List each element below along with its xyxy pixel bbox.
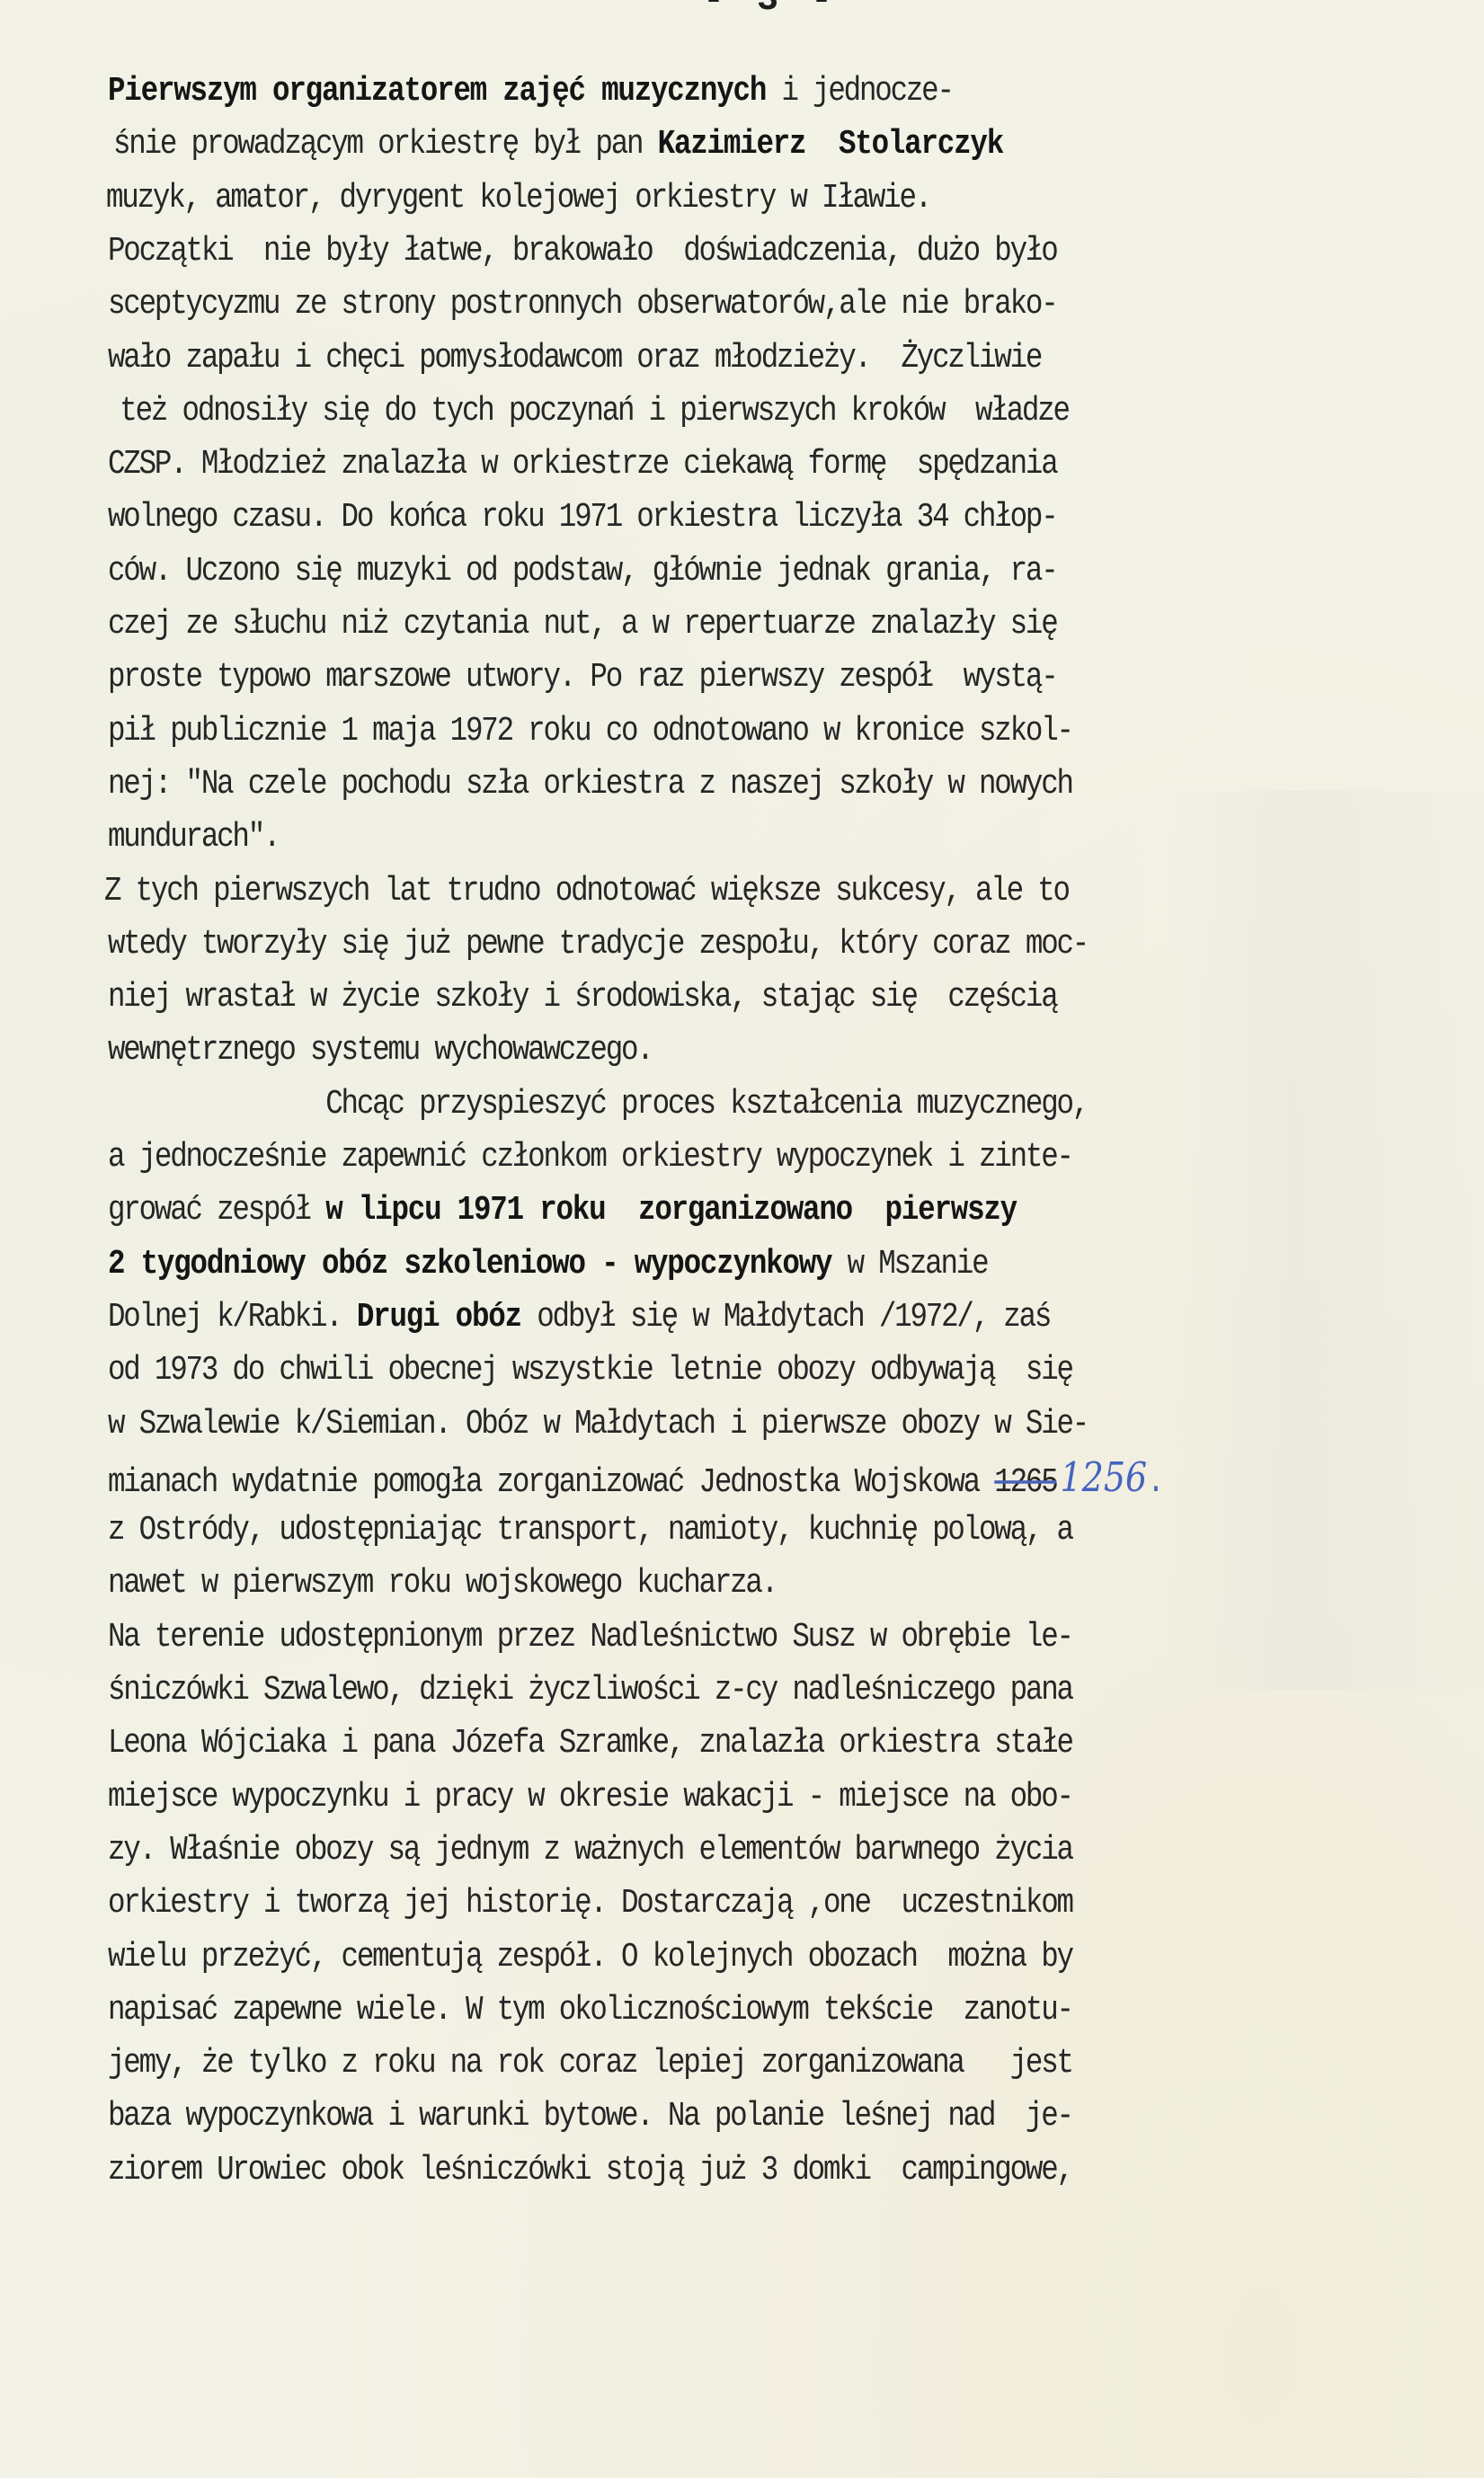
text-run: wało zapału i chęci pomysłodawcom oraz m…: [108, 338, 1041, 377]
text-line: śniczówki Szwalewo, dzięki życzliwości z…: [108, 1669, 1072, 1711]
text-run: mianach wydatnie pomogła zorganizować Je…: [108, 1462, 994, 1502]
text-run: proste typowo marszowe utwory. Po raz pi…: [108, 657, 1057, 697]
text-run: Leona Wójciaka i pana Józefa Szramke, zn…: [108, 1723, 1072, 1763]
text-run: wewnętrznego systemu wychowawczego.: [108, 1031, 653, 1070]
text-run: śnie prowadzącym orkiestrę był pan: [113, 124, 658, 164]
text-line: CZSP. Młodzież znalazła w orkiestrze cie…: [108, 443, 1057, 485]
text-line: Pierwszym organizatorem zajęć muzycznych…: [108, 70, 953, 112]
text-run: grować zespół: [108, 1190, 325, 1230]
text-line: wielu przeżyć, cementują zespół. O kolej…: [108, 1936, 1072, 1978]
bold-text: w lipcu 1971 roku zorganizowano pierwszy: [325, 1190, 1017, 1230]
text-run: jemy, że tylko z roku na rok coraz lepie…: [108, 2043, 1072, 2083]
text-line: grować zespół w lipcu 1971 roku zorganiz…: [108, 1189, 1017, 1231]
text-run: niej wrastał w życie szkoły i środowiska…: [108, 977, 1057, 1017]
text-run: wielu przeżyć, cementują zespół. O kolej…: [108, 1937, 1072, 1976]
text-line: 2 tygodniowy obóz szkoleniowo - wypoczyn…: [108, 1243, 987, 1285]
text-line: też odnosiły się do tych poczynań i pier…: [104, 390, 1069, 432]
text-line: nawet w pierwszym roku wojskowego kuchar…: [108, 1562, 777, 1604]
bold-text: 2 tygodniowy obóz szkoleniowo - wypoczyn…: [108, 1244, 831, 1283]
text-run: Chcąc przyspieszyć proces kształcenia mu…: [108, 1084, 1088, 1124]
text-run: od 1973 do chwili obecnej wszystkie letn…: [108, 1350, 1072, 1390]
text-line: wtedy tworzyły się już pewne tradycje ze…: [108, 923, 1088, 965]
text-run: sceptycyzmu ze strony postronnych obserw…: [108, 284, 1057, 324]
text-line: proste typowo marszowe utwory. Po raz pi…: [108, 656, 1057, 698]
text-line: wało zapału i chęci pomysłodawcom oraz m…: [108, 337, 1041, 379]
handwritten-period: .: [1147, 1462, 1162, 1502]
text-line: mianach wydatnie pomogła zorganizować Je…: [108, 1456, 1163, 1504]
text-run: a jednocześnie zapewnić członkom orkiest…: [108, 1137, 1072, 1177]
text-run: i jednocze-: [766, 71, 953, 111]
text-run: śniczówki Szwalewo, dzięki życzliwości z…: [108, 1670, 1072, 1710]
page-number: - 3 -: [703, 0, 838, 21]
handwritten-correction: 1256: [1061, 1453, 1148, 1500]
bold-text: Kazimierz Stolarczyk: [658, 124, 1003, 164]
text-line: ców. Uczono się muzyki od podstaw, główn…: [108, 550, 1057, 592]
text-line: pił publicznie 1 maja 1972 roku co odnot…: [108, 710, 1072, 752]
struck-out-number: 1265: [994, 1462, 1056, 1502]
text-run: Początki nie były łatwe, brakowało doświ…: [108, 231, 1057, 271]
text-run: pił publicznie 1 maja 1972 roku co odnot…: [108, 711, 1072, 751]
text-line: od 1973 do chwili obecnej wszystkie letn…: [108, 1349, 1072, 1391]
text-run: czej ze słuchu niż czytania nut, a w rep…: [108, 604, 1057, 644]
text-line: Leona Wójciaka i pana Józefa Szramke, zn…: [108, 1722, 1072, 1764]
text-line: jemy, że tylko z roku na rok coraz lepie…: [108, 2042, 1072, 2084]
text-line: z Ostródy, udostępniając transport, nami…: [108, 1509, 1072, 1551]
text-line: sceptycyzmu ze strony postronnych obserw…: [108, 283, 1057, 325]
text-line: a jednocześnie zapewnić członkom orkiest…: [108, 1136, 1072, 1178]
text-line: miejsce wypoczynku i pracy w okresie wak…: [108, 1776, 1072, 1818]
text-line: mundurach".: [108, 816, 279, 858]
document-page: - 3 - Pierwszym organizatorem zajęć muzy…: [0, 0, 1484, 2478]
text-line: Na terenie udostępnionym przez Nadleśnic…: [108, 1616, 1072, 1658]
text-line: muzyk, amator, dyrygent kolejowej orkies…: [106, 177, 930, 219]
text-run: mundurach".: [108, 817, 279, 857]
text-line: niej wrastał w życie szkoły i środowiska…: [108, 976, 1057, 1018]
text-run: odbył się w Małdytach /1972/, zaś: [521, 1297, 1050, 1337]
text-run: baza wypoczynkowa i warunki bytowe. Na p…: [108, 2097, 1072, 2136]
bold-text: Drugi obóz: [357, 1297, 521, 1337]
text-line: Początki nie były łatwe, brakowało doświ…: [108, 230, 1057, 272]
text-line: zy. Właśnie obozy są jednym z ważnych el…: [108, 1829, 1072, 1871]
text-line: czej ze słuchu niż czytania nut, a w rep…: [108, 603, 1057, 645]
text-run: zy. Właśnie obozy są jednym z ważnych el…: [108, 1830, 1072, 1870]
text-line: Z tych pierwszych lat trudno odnotować w…: [104, 870, 1069, 912]
text-run: Z tych pierwszych lat trudno odnotować w…: [104, 871, 1069, 910]
text-line: wolnego czasu. Do końca roku 1971 orkies…: [108, 496, 1057, 538]
bold-text: Pierwszym organizatorem zajęć muzycznych: [108, 71, 766, 111]
text-line: nej: "Na czele pochodu szła orkiestra z …: [108, 763, 1072, 805]
text-run: muzyk, amator, dyrygent kolejowej orkies…: [106, 178, 930, 218]
text-run: w Szwalewie k/Siemian. Obóz w Małdytach …: [108, 1404, 1088, 1443]
text-run: wolnego czasu. Do końca roku 1971 orkies…: [108, 498, 1057, 537]
text-run: miejsce wypoczynku i pracy w okresie wak…: [108, 1777, 1072, 1816]
text-run: Na terenie udostępnionym przez Nadleśnic…: [108, 1617, 1072, 1656]
text-run: ców. Uczono się muzyki od podstaw, główn…: [108, 551, 1057, 591]
text-run: orkiestry i tworzą jej historię. Dostarc…: [108, 1883, 1072, 1923]
text-line: Dolnej k/Rabki. Drugi obóz odbył się w M…: [108, 1296, 1050, 1338]
text-line: ziorem Urowiec obok leśniczówki stoją ju…: [108, 2149, 1072, 2191]
text-run: CZSP. Młodzież znalazła w orkiestrze cie…: [108, 444, 1057, 484]
show-through-shadow: [1169, 791, 1484, 1690]
text-line: w Szwalewie k/Siemian. Obóz w Małdytach …: [108, 1403, 1088, 1445]
text-run: napisać zapewne wiele. W tym okolicznośc…: [108, 1990, 1072, 2029]
text-run: z Ostródy, udostępniając transport, nami…: [108, 1510, 1072, 1550]
text-line: baza wypoczynkowa i warunki bytowe. Na p…: [108, 2095, 1072, 2137]
text-run: w Mszanie: [831, 1244, 987, 1283]
text-run: Dolnej k/Rabki.: [108, 1297, 357, 1337]
text-run: wtedy tworzyły się już pewne tradycje ze…: [108, 924, 1088, 964]
text-run: nej: "Na czele pochodu szła orkiestra z …: [108, 764, 1072, 804]
text-line: napisać zapewne wiele. W tym okolicznośc…: [108, 1989, 1072, 2031]
text-run: ziorem Urowiec obok leśniczówki stoją ju…: [108, 2150, 1072, 2189]
text-line: orkiestry i tworzą jej historię. Dostarc…: [108, 1882, 1072, 1924]
text-line: śnie prowadzącym orkiestrę był pan Kazim…: [113, 123, 1003, 165]
text-run: nawet w pierwszym roku wojskowego kuchar…: [108, 1564, 777, 1603]
text-line: wewnętrznego systemu wychowawczego.: [108, 1029, 653, 1071]
text-run: też odnosiły się do tych poczynań i pier…: [104, 391, 1069, 431]
text-line: Chcąc przyspieszyć proces kształcenia mu…: [108, 1083, 1088, 1125]
